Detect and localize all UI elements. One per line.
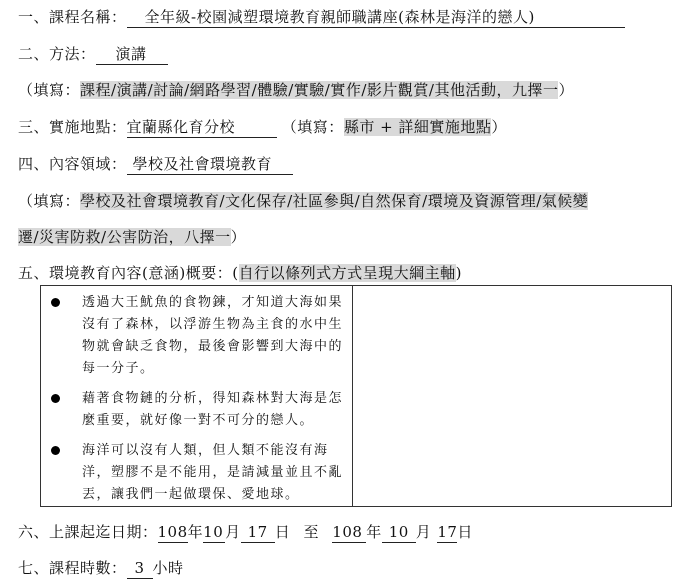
bullet-dot-icon [51,446,60,455]
unit: 年 [366,523,382,541]
course-name-row: 一、課程名稱：全年級-校園減塑環境教育親師職講座(森林是海洋的戀人) [18,6,625,28]
hint-prefix: ( [232,264,238,282]
hint-suffix: ) [456,264,462,282]
unit: 月 [225,523,241,541]
bullet-dot-icon [51,298,60,307]
domain-hint-row: （填寫：學校及社會環境教育/文化保存/社區參與/自然保育/環境及資源管理/氣候變 [18,190,588,212]
start-day: 17 [241,522,275,543]
hint-suffix: ） [491,118,507,136]
location-hint: 縣市 + 詳細實施地點 [344,118,492,136]
course-name-value: 全年級-校園減塑環境教育親師職講座(森林是海洋的戀人) [127,7,625,28]
course-name-label: 一、課程名稱： [18,8,127,26]
unit: 日 [457,523,473,541]
summary-cell-right [353,286,671,506]
dates-label: 六、上課起迄日期： [18,523,158,541]
start-month: 10 [203,522,225,543]
domain-options-hint-line1: 學校及社會環境教育/文化保存/社區參與/自然保育/環境及資源管理/氣候變 [80,192,588,210]
summary-hint: 自行以條列式方式呈現大綱主軸 [239,264,456,282]
summary-cell-left: 透過大王魷魚的食物鍊，才知道大海如果沒有了森林，以浮游生物為主食的水中生物就會缺… [41,286,353,506]
bullet-text: 藉著食物鏈的分析，得知森林對大海是怎麼重要，就好像一對不可分的戀人。 [82,388,344,432]
end-month: 10 [382,522,416,543]
hours-unit: 小時 [153,559,184,577]
date-separator: 至 [303,523,319,541]
location-label: 三、實施地點： [18,118,127,136]
summary-label: 五、環境教育內容(意涵)概要： [18,264,232,282]
hint-prefix: （填寫： [18,81,80,99]
unit: 月 [416,523,432,541]
method-row: 二、方法：演講 [18,43,168,65]
location-row: 三、實施地點：宜蘭縣化育分校 （填寫：縣市 + 詳細實施地點） [18,116,507,138]
hours-row: 七、課程時數：3小時 [18,557,184,579]
location-value: 宜蘭縣化育分校 [127,117,277,138]
hours-value: 3 [127,558,153,579]
bullet-text: 透過大王魷魚的食物鍊，才知道大海如果沒有了森林，以浮游生物為主食的水中生物就會缺… [82,292,344,380]
unit: 年 [188,523,204,541]
start-year: 108 [158,522,188,543]
hint-suffix: ） [231,228,247,246]
bullet-dot-icon [51,394,60,403]
bullet-text: 海洋可以沒有人類，但人類不能沒有海洋，塑膠不是不能用，是請減量並且不亂丟，讓我們… [82,440,344,506]
end-day: 17 [437,522,457,543]
domain-options-hint-line2: 遷/災害防救/公害防治，八擇一 [18,228,231,246]
dates-row: 六、上課起迄日期：108年10月17日 至 108年10月17日 [18,521,473,543]
method-value: 演講 [96,44,168,65]
domain-hint-row-2: 遷/災害防救/公害防治，八擇一） [18,226,246,248]
summary-bullet: 透過大王魷魚的食物鍊，才知道大海如果沒有了森林，以浮游生物為主食的水中生物就會缺… [49,292,344,380]
summary-table: 透過大王魷魚的食物鍊，才知道大海如果沒有了森林，以浮游生物為主食的水中生物就會缺… [40,285,672,507]
summary-bullet: 海洋可以沒有人類，但人類不能沒有海洋，塑膠不是不能用，是請減量並且不亂丟，讓我們… [49,440,344,506]
method-options-hint: 課程/演講/討論/網路學習/體驗/實驗/實作/影片觀賞/其他活動，九擇一 [80,81,558,99]
method-label: 二、方法： [18,45,96,63]
domain-label: 四、內容領域： [18,155,127,173]
method-hint-row: （填寫：課程/演講/討論/網路學習/體驗/實驗/實作/影片觀賞/其他活動，九擇一… [18,79,574,101]
unit: 日 [275,523,291,541]
end-year: 108 [332,522,366,543]
hint-prefix: （填寫： [282,118,344,136]
hint-suffix: ） [558,81,574,99]
summary-bullet: 藉著食物鏈的分析，得知森林對大海是怎麼重要，就好像一對不可分的戀人。 [49,388,344,432]
hint-prefix: （填寫： [18,192,80,210]
hours-label: 七、課程時數： [18,559,127,577]
domain-value: 學校及社會環境教育 [127,154,293,175]
domain-row: 四、內容領域：學校及社會環境教育 [18,153,293,175]
summary-heading-row: 五、環境教育內容(意涵)概要：(自行以條列式方式呈現大綱主軸) [18,262,462,284]
